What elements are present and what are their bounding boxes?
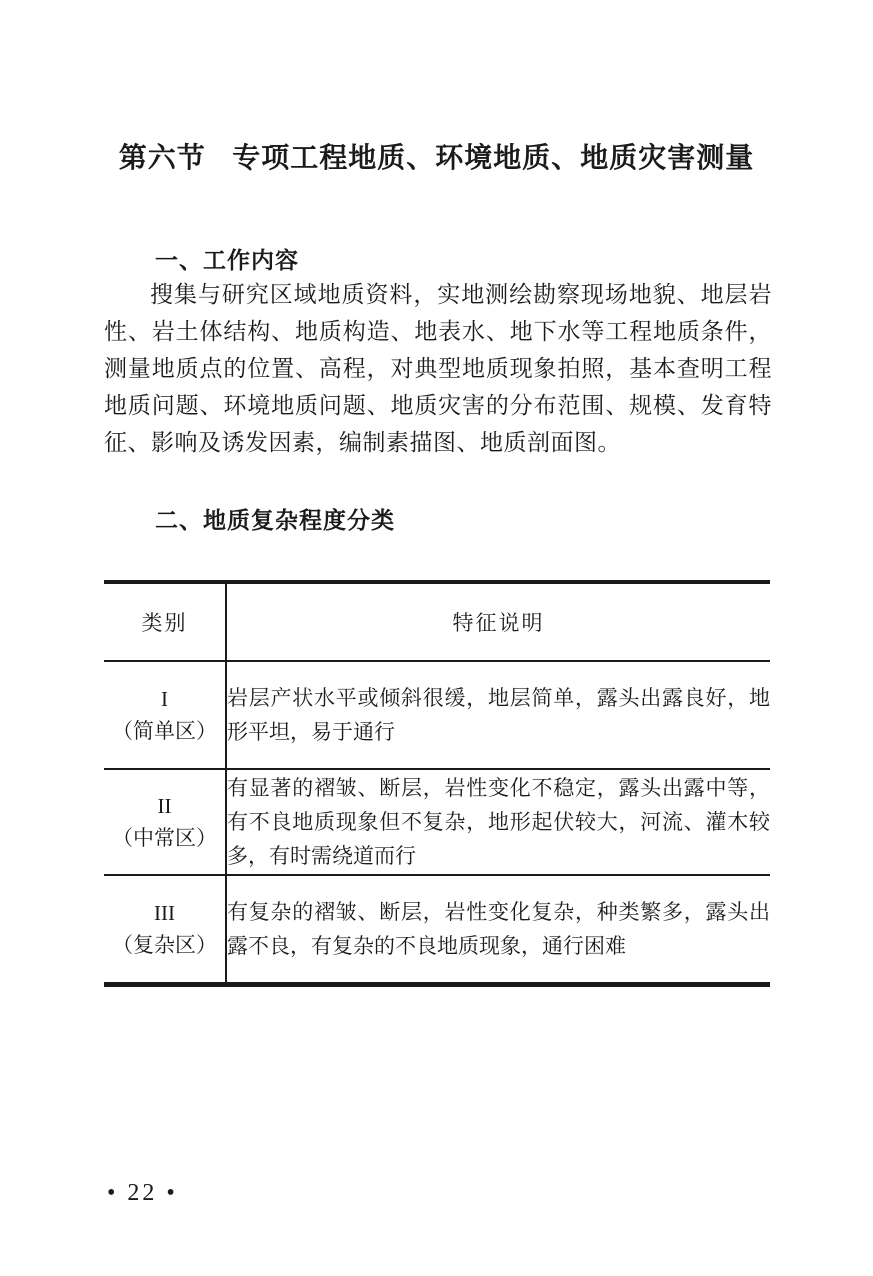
- category-cell: I （简单区）: [104, 661, 226, 769]
- class-name: （复杂区）: [104, 929, 225, 961]
- class-name: （中常区）: [104, 822, 225, 854]
- table-header-category: 类别: [104, 582, 226, 661]
- document-page: 第六节专项工程地质、环境地质、地质灾害测量 一、工作内容 搜集与研究区域地质资料…: [0, 0, 873, 1276]
- description-cell: 有显著的褶皱、断层，岩性变化不稳定，露头出露中等，有不良地质现象但不复杂，地形起…: [226, 769, 770, 875]
- class-name: （简单区）: [104, 715, 225, 747]
- work-content-paragraph: 搜集与研究区域地质资料，实地测绘勘察现场地貌、地层岩性、岩土体结构、地质构造、地…: [104, 276, 772, 461]
- class-code: III: [104, 897, 225, 929]
- table-header-row: 类别 特征说明: [104, 582, 770, 661]
- category-cell: III （复杂区）: [104, 875, 226, 985]
- class-code: I: [104, 683, 225, 715]
- geology-complexity-table: 类别 特征说明 I （简单区） 岩层产状水平或倾斜很缓，地层简单，露头出露良好，…: [104, 580, 770, 987]
- heading-geology-complexity-classification: 二、地质复杂程度分类: [155, 502, 395, 535]
- category-cell: II （中常区）: [104, 769, 226, 875]
- description-cell: 有复杂的褶皱、断层，岩性变化复杂，种类繁多，露头出露不良，有复杂的不良地质现象，…: [226, 875, 770, 985]
- page-title: 第六节专项工程地质、环境地质、地质灾害测量: [0, 136, 873, 176]
- section-number: 第六节: [119, 142, 206, 173]
- table-row-moderate-zone: II （中常区） 有显著的褶皱、断层，岩性变化不稳定，露头出露中等，有不良地质现…: [104, 769, 770, 875]
- page-number: • 22 •: [107, 1180, 178, 1207]
- table-header-description: 特征说明: [226, 582, 770, 661]
- title-text: 专项工程地质、环境地质、地质灾害测量: [232, 142, 754, 173]
- table-row-complex-zone: III （复杂区） 有复杂的褶皱、断层，岩性变化复杂，种类繁多，露头出露不良，有…: [104, 875, 770, 985]
- table-row-simple-zone: I （简单区） 岩层产状水平或倾斜很缓，地层简单，露头出露良好，地形平坦，易于通…: [104, 661, 770, 769]
- heading-work-content: 一、工作内容: [155, 242, 299, 275]
- description-cell: 岩层产状水平或倾斜很缓，地层简单，露头出露良好，地形平坦，易于通行: [226, 661, 770, 769]
- class-code: II: [104, 790, 225, 822]
